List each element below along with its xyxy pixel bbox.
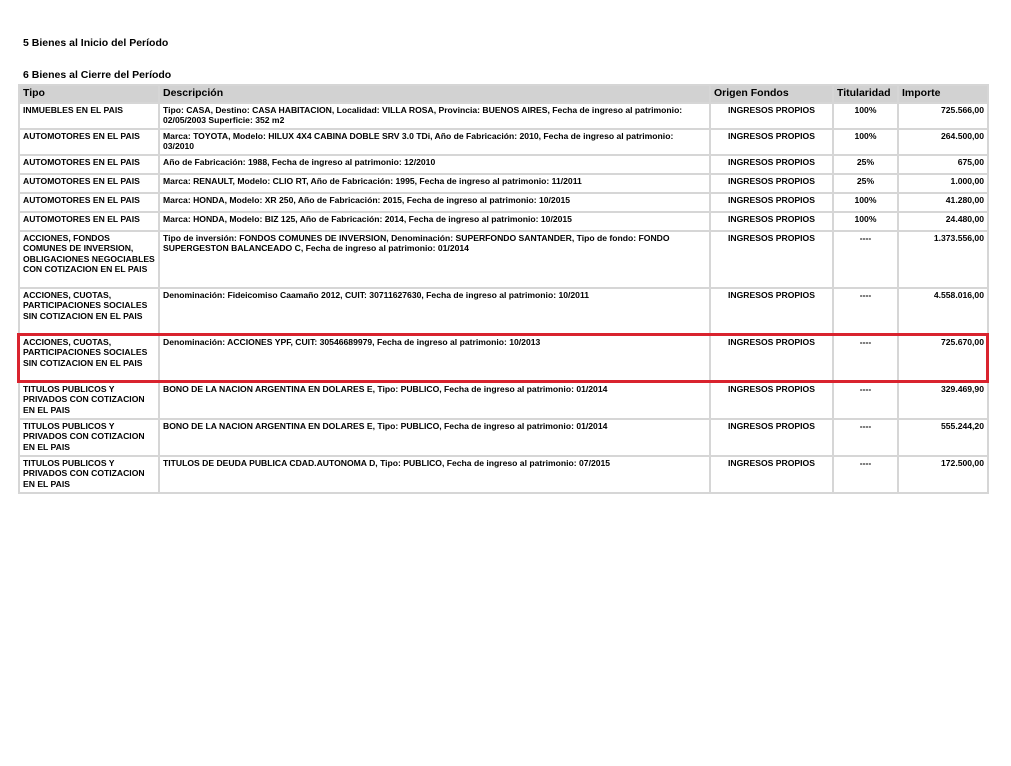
cell-origen: INGRESOS PROPIOS xyxy=(710,288,833,335)
cell-tipo: INMUEBLES EN EL PAIS xyxy=(19,103,159,129)
cell-importe: 725.670,00 xyxy=(898,335,988,382)
table-row: TITULOS PUBLICOS Y PRIVADOS CON COTIZACI… xyxy=(19,382,988,419)
table-row: AUTOMOTORES EN EL PAIS Marca: RENAULT, M… xyxy=(19,174,988,193)
cell-importe: 1.000,00 xyxy=(898,174,988,193)
cell-tipo: AUTOMOTORES EN EL PAIS xyxy=(19,212,159,231)
cell-tipo: TITULOS PUBLICOS Y PRIVADOS CON COTIZACI… xyxy=(19,456,159,493)
table-row: INMUEBLES EN EL PAIS Tipo: CASA, Destino… xyxy=(19,103,988,129)
cell-tipo: ACCIONES, CUOTAS, PARTICIPACIONES SOCIAL… xyxy=(19,335,159,382)
cell-titularidad: 100% xyxy=(833,212,898,231)
table-row: TITULOS PUBLICOS Y PRIVADOS CON COTIZACI… xyxy=(19,456,988,493)
cell-importe: 329.469,90 xyxy=(898,382,988,419)
table-row: AUTOMOTORES EN EL PAIS Marca: HONDA, Mod… xyxy=(19,193,988,212)
header-tipo: Tipo xyxy=(19,85,159,103)
header-importe: Importe xyxy=(898,85,988,103)
cell-origen: INGRESOS PROPIOS xyxy=(710,419,833,456)
cell-descripcion: Denominación: Fideicomiso Caamaño 2012, … xyxy=(159,288,710,335)
section-title-start-period: 5 Bienes al Inicio del Período xyxy=(23,37,168,49)
cell-importe: 725.566,00 xyxy=(898,103,988,129)
cell-descripcion: Marca: HONDA, Modelo: XR 250, Año de Fab… xyxy=(159,193,710,212)
cell-importe: 24.480,00 xyxy=(898,212,988,231)
cell-titularidad: ---- xyxy=(833,456,898,493)
cell-tipo: ACCIONES, FONDOS COMUNES DE INVERSION, O… xyxy=(19,231,159,288)
cell-origen: INGRESOS PROPIOS xyxy=(710,231,833,288)
cell-titularidad: ---- xyxy=(833,382,898,419)
table-row: AUTOMOTORES EN EL PAIS Marca: HONDA, Mod… xyxy=(19,212,988,231)
cell-origen: INGRESOS PROPIOS xyxy=(710,335,833,382)
cell-origen: INGRESOS PROPIOS xyxy=(710,155,833,174)
cell-origen: INGRESOS PROPIOS xyxy=(710,456,833,493)
assets-table: Tipo Descripción Origen Fondos Titularid… xyxy=(18,84,989,494)
cell-titularidad: ---- xyxy=(833,335,898,382)
cell-tipo: AUTOMOTORES EN EL PAIS xyxy=(19,174,159,193)
cell-origen: INGRESOS PROPIOS xyxy=(710,382,833,419)
cell-titularidad: 100% xyxy=(833,193,898,212)
cell-tipo: AUTOMOTORES EN EL PAIS xyxy=(19,129,159,155)
cell-origen: INGRESOS PROPIOS xyxy=(710,103,833,129)
cell-tipo: ACCIONES, CUOTAS, PARTICIPACIONES SOCIAL… xyxy=(19,288,159,335)
cell-titularidad: ---- xyxy=(833,419,898,456)
cell-importe: 555.244,20 xyxy=(898,419,988,456)
table-row: ACCIONES, FONDOS COMUNES DE INVERSION, O… xyxy=(19,231,988,288)
cell-tipo: TITULOS PUBLICOS Y PRIVADOS CON COTIZACI… xyxy=(19,382,159,419)
cell-descripcion: BONO DE LA NACION ARGENTINA EN DOLARES E… xyxy=(159,419,710,456)
cell-tipo: TITULOS PUBLICOS Y PRIVADOS CON COTIZACI… xyxy=(19,419,159,456)
cell-importe: 172.500,00 xyxy=(898,456,988,493)
cell-origen: INGRESOS PROPIOS xyxy=(710,212,833,231)
cell-descripcion: Tipo: CASA, Destino: CASA HABITACION, Lo… xyxy=(159,103,710,129)
header-descripcion: Descripción xyxy=(159,85,710,103)
cell-importe: 41.280,00 xyxy=(898,193,988,212)
cell-titularidad: 25% xyxy=(833,155,898,174)
cell-descripcion: Marca: RENAULT, Modelo: CLIO RT, Año de … xyxy=(159,174,710,193)
cell-descripcion: Año de Fabricación: 1988, Fecha de ingre… xyxy=(159,155,710,174)
cell-descripcion: Marca: TOYOTA, Modelo: HILUX 4X4 CABINA … xyxy=(159,129,710,155)
section-title-end-period: 6 Bienes al Cierre del Período xyxy=(23,69,171,81)
header-titularidad: Titularidad xyxy=(833,85,898,103)
table-header-row: Tipo Descripción Origen Fondos Titularid… xyxy=(19,85,988,103)
cell-tipo: AUTOMOTORES EN EL PAIS xyxy=(19,193,159,212)
cell-descripcion: Marca: HONDA, Modelo: BIZ 125, Año de Fa… xyxy=(159,212,710,231)
table-row: AUTOMOTORES EN EL PAIS Marca: TOYOTA, Mo… xyxy=(19,129,988,155)
table-row: ACCIONES, CUOTAS, PARTICIPACIONES SOCIAL… xyxy=(19,288,988,335)
cell-origen: INGRESOS PROPIOS xyxy=(710,193,833,212)
cell-importe: 264.500,00 xyxy=(898,129,988,155)
table-row: AUTOMOTORES EN EL PAIS Año de Fabricació… xyxy=(19,155,988,174)
cell-titularidad: 25% xyxy=(833,174,898,193)
cell-tipo: AUTOMOTORES EN EL PAIS xyxy=(19,155,159,174)
cell-origen: INGRESOS PROPIOS xyxy=(710,174,833,193)
header-origen-fondos: Origen Fondos xyxy=(710,85,833,103)
cell-importe: 4.558.016,00 xyxy=(898,288,988,335)
cell-titularidad: ---- xyxy=(833,231,898,288)
table-row: TITULOS PUBLICOS Y PRIVADOS CON COTIZACI… xyxy=(19,419,988,456)
cell-importe: 675,00 xyxy=(898,155,988,174)
cell-descripcion: Denominación: ACCIONES YPF, CUIT: 305466… xyxy=(159,335,710,382)
cell-titularidad: 100% xyxy=(833,129,898,155)
cell-descripcion: Tipo de inversión: FONDOS COMUNES DE INV… xyxy=(159,231,710,288)
cell-descripcion: TITULOS DE DEUDA PUBLICA CDAD.AUTONOMA D… xyxy=(159,456,710,493)
cell-origen: INGRESOS PROPIOS xyxy=(710,129,833,155)
table-row-highlighted: ACCIONES, CUOTAS, PARTICIPACIONES SOCIAL… xyxy=(19,335,988,382)
cell-titularidad: 100% xyxy=(833,103,898,129)
cell-importe: 1.373.556,00 xyxy=(898,231,988,288)
cell-titularidad: ---- xyxy=(833,288,898,335)
cell-descripcion: BONO DE LA NACION ARGENTINA EN DOLARES E… xyxy=(159,382,710,419)
